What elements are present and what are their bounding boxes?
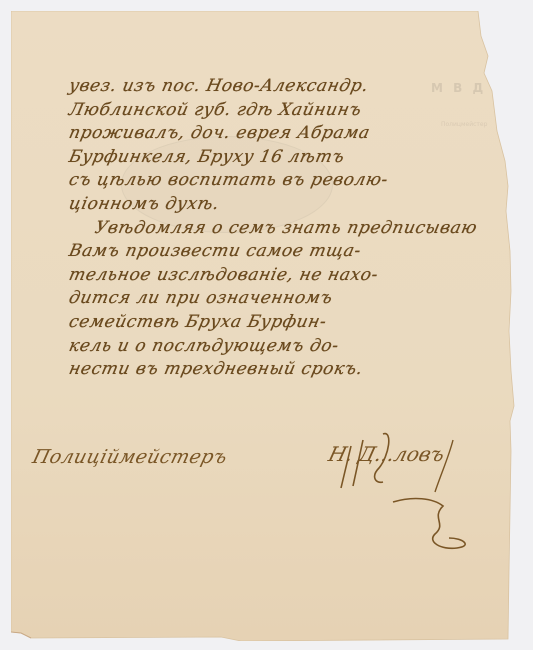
body-line: Увѣдомляя о семъ знать предписываю xyxy=(66,217,511,241)
body-line: проживалъ, доч. еврея Абрама xyxy=(66,122,511,146)
letter-body: увез. изъ пос. Ново-Александр. Люблинско… xyxy=(69,75,509,382)
body-line: семействѣ Бруха Бурфин- xyxy=(66,311,511,335)
body-line: дится ли при означенномъ xyxy=(66,287,511,311)
body-line: съ цѣлью воспитать въ револю- xyxy=(66,169,511,193)
document-sheet: М В Д Полицмейстер увез. изъ пос. Ново-А… xyxy=(11,11,515,641)
body-line: Вамъ произвести самое тща- xyxy=(66,240,511,264)
body-line: кель и о послѣдующемъ до- xyxy=(66,335,511,359)
signature-block: Полиціймейстеръ Н. Д...ловъ xyxy=(33,436,493,546)
signature-flourish-icon xyxy=(323,426,483,556)
body-line: Бурфинкеля, Бруху 16 лѣтъ xyxy=(66,146,511,170)
signature-title: Полиціймейстеръ xyxy=(30,446,229,468)
body-line: Люблинской губ. гдѣ Хайнинъ xyxy=(66,99,511,123)
body-line: нести въ трехдневный срокъ. xyxy=(66,358,511,382)
body-line: ціонномъ духѣ. xyxy=(66,193,511,217)
body-line: увез. изъ пос. Ново-Александр. xyxy=(66,75,511,99)
body-line: тельное изслѣдованіе, не нахо- xyxy=(66,264,511,288)
